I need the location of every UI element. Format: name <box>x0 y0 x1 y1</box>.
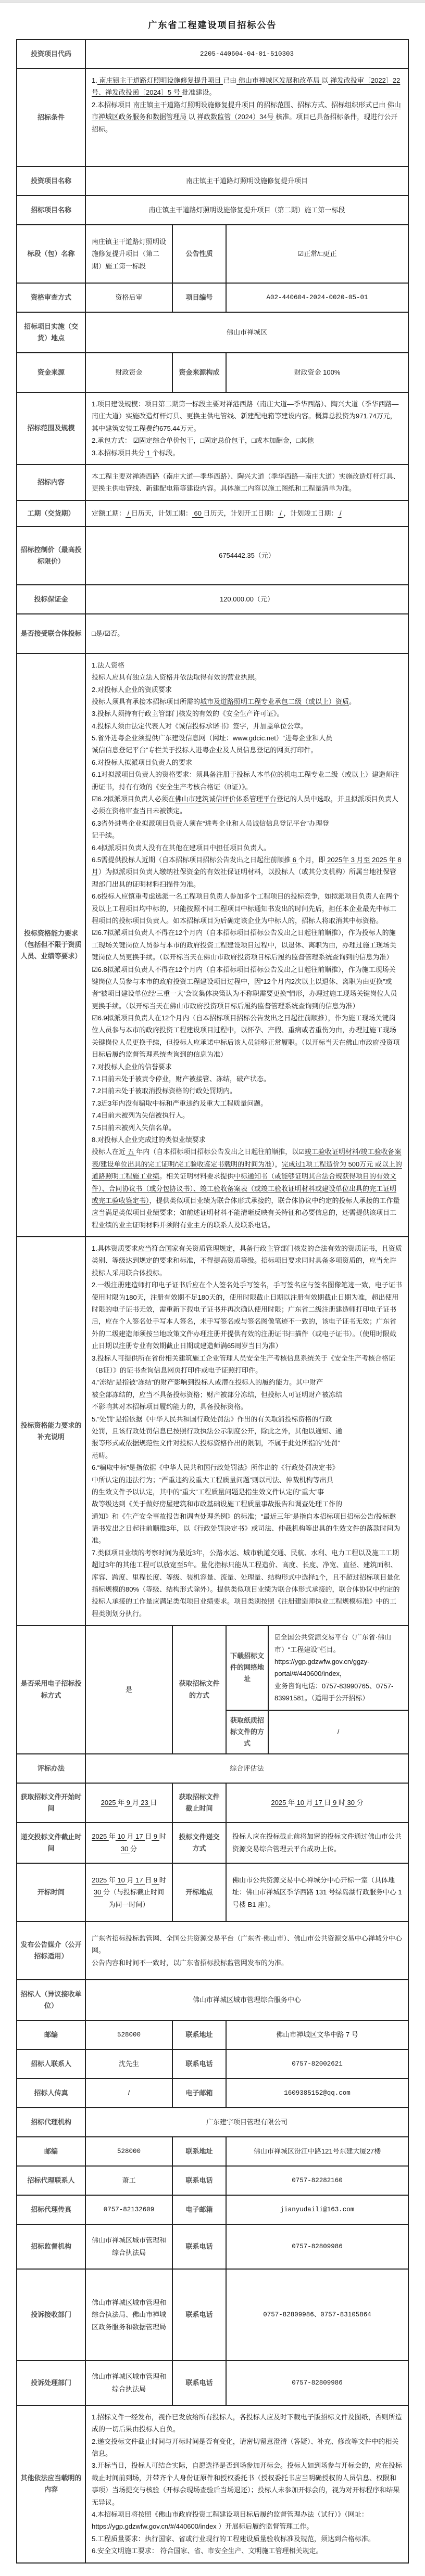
paragraph: 7.3近3年内没有骗取中标和严重违约及重大工程质量问题。 <box>92 1097 402 1109</box>
label-project-number: 项目编号 <box>172 283 226 312</box>
paragraph: 报等形式或依据规范性文件对投标人投标资格作出的限制，不属于此处所指的“处罚” <box>92 1437 402 1449</box>
value-agency: 广东建宇项目管理有限公司 <box>85 2108 408 2137</box>
paragraph: 公告内容和时间不一致时，以广东省招标投标监管网发布的为准。 <box>92 1957 402 1969</box>
label-tenderer-postcode: 邮编 <box>17 2020 85 2049</box>
paragraph: 4.本招标项目将按照《佛山市政府投资工程建设项目标后履约监督管理办法（试行）》（… <box>92 2508 402 2533</box>
paragraph: 处罚，且该行政处罚信息已按照行政执法公示制度公开，除此之外，其他以通知、通 <box>92 1425 402 1437</box>
value-investment-name: 南庄镇主干道路灯照明设施修复提升项目 <box>85 166 408 196</box>
value-agency-address: 佛山市禅城区汾江中路121号东建大厦27楼 <box>226 2137 408 2166</box>
value-e-bidding: 是 <box>85 1625 172 1754</box>
label-opening-place: 开标地点 <box>172 1863 226 1921</box>
paragraph: ☑6.7拟派项目负责人不得在12个月内（自本招标项目招标公告发出之日起往前顺推）… <box>92 927 402 963</box>
value-tenderer-fax: / <box>85 2079 172 2108</box>
paragraph: ☑全国公共资源交易平台（广东省·佛山市）“工程建设”栏目。 <box>274 1631 402 1656</box>
paragraph: 中所认定的违法行为；“严重违约及重大工程质量问题”则以司法、仲裁机构等出具 <box>92 1474 402 1486</box>
paragraph: 7.1目前未处于被责令停业，财产被接管、冻结，破产状态。 <box>92 1073 402 1085</box>
paragraph: 6.对投标人拟派项目负责人的要求 <box>92 757 402 768</box>
value-complaint-handling-phone: 0757-82809986 <box>226 2361 408 2405</box>
row-section-name: 标段（包）名称 南庄镇主干道路灯照明设施修复提升项目（第二期）施工第一标段 公告… <box>17 225 408 283</box>
label-conditions: 招标条件 <box>17 69 85 166</box>
paragraph: 广东省招标投标监管网、全国公共资源交易平台（广东省·佛山市）、佛山市公共资源交易… <box>92 1932 402 1957</box>
label-section-name: 标段（包）名称 <box>17 225 85 283</box>
paragraph: 6.3省外进粤企业拟派项目负责人须在“进粤企业和人员诚信信息登记平台”办理登 <box>92 817 402 829</box>
label-complaint-handling: 投诉处理部门 <box>17 2361 85 2405</box>
row-scope: 招标范围及规模 1.项目建设规模：项目第二期第一标段主要对禅港西路（南庄大道—季… <box>17 392 408 465</box>
label-agency: 招标代理机构 <box>17 2108 85 2137</box>
paragraph: 7.5目前未被列入失信名单。 <box>92 1122 402 1134</box>
label-agency-postcode: 邮编 <box>17 2137 85 2166</box>
label-download-url: 下载招标文件的网络地址 <box>226 1625 268 1710</box>
row-tenderer-fax: 招标人传真 / 电子邮箱 1609385152@qq.com <box>17 2079 408 2108</box>
tender-announcement-table: 投资项目代码 2205-440604-04-01-510303 招标条件 1. … <box>16 39 409 2564</box>
paragraph: 投标人在近 五 年内（自本招标项目招标公告发出之日起往前顺推，以☑竣工验收证明材… <box>92 1146 402 1231</box>
paragraph: 5.省外进粤企业须提供广东建设信息网（网址：www.gdcic.net）“进粤企… <box>92 732 402 744</box>
paragraph: 5.“处罚”是指依据《中华人民共和国行政处罚法》作出的有关取消投标资格的行政 <box>92 1413 402 1425</box>
label-duration: 工期（交货期） <box>17 501 85 527</box>
row-location: 招标项目实施（交货）地点 佛山市禅城区 <box>17 312 408 353</box>
value-tenderer-email: 1609385152@qq.com <box>226 2079 408 2108</box>
paragraph: 2025 年 10 月 17 日 9 时 30 分 <box>92 1830 166 1855</box>
row-duration: 工期（交货期） 定额工期： / 日历天，计划工期： 60 日历天，计划开工日期：… <box>17 501 408 527</box>
paragraph: 7.4目前未被列为失信被执行人。 <box>92 1109 402 1121</box>
label-location: 招标项目实施（交货）地点 <box>17 312 85 353</box>
value-doc-obtain-deadline: 2025 年 10 月 17 日 9 时 30 分 <box>226 1783 408 1823</box>
paragraph: 6.“骗取中标”是指依据《中华人民共和国行政处罚法》所作出的《行政处罚决定书》 <box>92 1462 402 1473</box>
paragraph: 不影响其对本招标项目履约能力的，具备投标资格。 <box>92 1401 402 1413</box>
value-consortium: □是/☑否。 <box>85 614 408 653</box>
value-complaint-handling: 佛山市禅城区城市管理和综合执法局 <box>85 2361 172 2405</box>
value-section-name: 南庄镇主干道路灯照明设施修复提升项目（第二期）施工第一标段 <box>85 225 172 283</box>
value-qualification-supplement: 1.具体资质要求应当符合国家有关资质管理规定，具备行政主管部门核发的合法有效的资… <box>85 1237 408 1625</box>
row-qualification-requirements: 投标资格能力要求（包括但不限于资质人员、业绩等要求） 1.法人资格投标人应具有独… <box>17 653 408 1237</box>
paragraph: 2.一级注册建造师打印电子证书后应在个人签名处手写签名，手写签名应与签名图像笔迹… <box>92 1279 402 1352</box>
label-submission-method: 投标文件递交方式 <box>172 1823 226 1863</box>
value-content: 本工程主要对禅港西路（南庄大道—季华西路）、陶兴大道（季华西路—南庄大道）实施改… <box>85 465 408 501</box>
paragraph: 定额工期： / 日历天，计划工期： 60 日历天，计划开工日期： / ，计划竣工… <box>92 507 402 519</box>
label-agency-phone: 联系电话 <box>172 2166 226 2195</box>
paragraph: 投标人须具有承接本招标项目所需的城市及道路照明工程专业承包二级（或以上）资质。 <box>92 696 402 708</box>
value-supervision-phone: 0757-82809986 <box>226 2224 408 2269</box>
row-project-code: 投资项目代码 2205-440604-04-01-510303 <box>17 40 408 69</box>
label-content: 招标内容 <box>17 465 85 501</box>
label-paper-doc-method: 获取纸质招标文件的方式 <box>226 1710 268 1754</box>
paragraph: 3.开标当日，投标人可结合实际，自愿选择是否到场参加开标会。投标人如到场参与开标… <box>92 2459 402 2508</box>
label-supervision-phone: 联系电话 <box>172 2224 226 2269</box>
paragraph: https://ygp.gdzwfw.gov.cn/ggzy-portal/#/… <box>274 1656 402 1680</box>
value-tenderer-contact: 沈先生 <box>85 2049 172 2079</box>
paragraph: 诚信信息登记平台”专栏关于投标人进粤企业及人员信息登记的网页打印件。 <box>92 744 402 756</box>
paragraph: 被全部冻结的，应当不具备投标资格；财产被部分冻结，但投标人可证明财产被冻结 <box>92 1389 402 1401</box>
paragraph: 2.对投标人企业的资质要求 <box>92 684 402 696</box>
value-qualification-requirements: 1.法人资格投标人应具有独立法人资格并依法取得有效的营业执照。2.对投标人企业的… <box>85 653 408 1237</box>
paragraph: 1.项目建设规模：项目第二期第一标段主要对禅港西路（南庄大道—季华西路）、陶兴大… <box>92 398 402 434</box>
label-tender-name: 招标项目名称 <box>17 196 85 225</box>
paragraph: 2.承包方式： ☑固定综合单价包干，□固定总价包干，□成本加酬金，□其他 <box>92 434 402 446</box>
value-project-code: 2205-440604-04-01-510303 <box>85 40 408 69</box>
paragraph: 1.招标文件一经发布，视作已发放给所有投标人，各投标人应及时下载电子版招标文件及… <box>92 2411 402 2436</box>
value-notice-nature: ☑正常/□更正 <box>226 225 408 283</box>
value-scope: 1.项目建设规模：项目第二期第一标段主要对禅港西路（南庄大道—季华西路）、陶兴大… <box>85 392 408 465</box>
page-title: 广东省工程建设项目招标公告 <box>0 18 425 31</box>
label-doc-obtain-start: 获取招标文件开始时间 <box>17 1783 85 1823</box>
row-funding: 资金来源 财政资金 资金来源构成 财政资金 100% <box>17 353 408 392</box>
label-supervision: 招标监督机构 <box>17 2224 85 2269</box>
row-agency-fax: 招标代理传真 0757-82132609 电子邮箱 jianyudaili@16… <box>17 2195 408 2224</box>
paragraph: ☑6.2拟派项目负责人必须在佛山市建筑诚信评价体系管理平台登记的人员中选取，并且… <box>92 793 402 817</box>
label-funding-composition: 资金来源构成 <box>172 353 226 392</box>
label-qualification-requirements: 投标资格能力要求（包括但不限于资质人员、业绩等要求） <box>17 653 85 1237</box>
row-submission-deadline: 递交投标文件截止时间 2025 年 10 月 17 日 9 时 30 分 投标文… <box>17 1823 408 1863</box>
paragraph: 4.投标人须由法定代表人对《诚信投标承诺书》签字，并加盖单位公章。 <box>92 720 402 732</box>
label-control-price: 招标控制价（最高投标限价） <box>17 527 85 585</box>
value-agency-contact: 萧工 <box>85 2166 172 2195</box>
label-opening-time: 开标时间 <box>17 1863 85 1921</box>
paragraph: 6.5需提供投标人近期（自本招标项目招标公告发出之日起往前顺推 6 个月，即 2… <box>92 854 402 890</box>
value-supervision: 佛山市禅城区城市管理和综合执法局 <box>85 2224 172 2269</box>
paragraph: ☑6.9拟派项目负责人在12个月内（自本招标项目招标公告发出之日起往前顺推），作… <box>92 1012 402 1061</box>
value-funding: 财政资金 <box>85 353 172 392</box>
label-scope: 招标范围及规模 <box>17 392 85 465</box>
row-announcement-media: 发布公告媒介（公开招标适用） 广东省招标投标监管网、全国公共资源交易平台（广东省… <box>17 1921 408 1980</box>
label-other-items: 其他依法应当载明的内容 <box>17 2405 85 2563</box>
paragraph: 本工程主要对禅港西路（南庄大道—季华西路）、陶兴大道（季华西路—南庄大道）实施改… <box>92 470 402 495</box>
label-bid-bond: 投标保证金 <box>17 585 85 614</box>
label-project-code: 投资项目代码 <box>17 40 85 69</box>
value-location: 佛山市禅城区 <box>85 312 408 353</box>
label-evaluation-method: 评标办法 <box>17 1754 85 1783</box>
label-tenderer: 招标人（异议接收单位） <box>17 1980 85 2020</box>
label-tenderer-address: 联系地址 <box>172 2020 226 2049</box>
paragraph: 的生效文件予以认定，其中的“重大”工程质量问题是指生效文件认定的“重大”事 <box>92 1486 402 1498</box>
value-agency-email: jianyudaili@163.com <box>226 2195 408 2224</box>
value-control-price: 6754442.35（元） <box>85 527 408 585</box>
row-tenderer-contact: 招标人联系人 沈先生 联系电话 0757-82002621 <box>17 2049 408 2079</box>
paragraph: 通知》和《生产安全事故报告和调查处理条例》的标准；“最近三年”是指自本招标项目招… <box>92 1510 402 1547</box>
value-evaluation-method: 综合评估法 <box>85 1754 408 1783</box>
paragraph: 3.本招标项目共分 1 个标段。 <box>92 447 402 459</box>
row-opening-time: 开标时间 2025 年 10 月 17 日 9 时 30 分（与投标截止时间为同… <box>17 1863 408 1921</box>
label-consortium: 是否接受联合体投标 <box>17 614 85 653</box>
paragraph: 6.6投标人应慎重考虑选派一名工程项目负责人参加多个工程项目的投标竞争，如拟派项… <box>92 890 402 927</box>
paragraph: 投标人应具有独立法人资格并依法取得有效的营业执照。 <box>92 671 402 683</box>
paragraph: 2025 年 10 月 17 日 9 时 30 分 <box>232 1797 402 1809</box>
paragraph: 1.具体资质要求应当符合国家有关资质管理规定，具备行政主管部门核发的合法有效的资… <box>92 1242 402 1279</box>
paragraph: 5.工程质量要求：执行国家、省或行业现行的工程建设质量验收标准及规范，须达到合格… <box>92 2533 402 2545</box>
row-qualification-review: 资格审查方式 资格后审 项目编号 A02-440604-2024-0020-05… <box>17 283 408 312</box>
row-content: 招标内容 本工程主要对禅港西路（南庄大道—季华西路）、陶兴大道（季华西路—南庄大… <box>17 465 408 501</box>
row-conditions: 招标条件 1. 南庄镇主干道路灯照明设施修复提升项目 已由 佛山市禅城区发展和改… <box>17 69 408 166</box>
paragraph: 6.1对拟派项目负责人的资格要求：须具备注册于投标人本单位的机电工程专业二级（或… <box>92 768 402 793</box>
paragraph: 业务咨询电话：0757-83990765、0757-83991581。（适用于公… <box>274 1680 402 1704</box>
paragraph: 7.2目前未处于被取消投标资格的行政处罚期内。 <box>92 1085 402 1097</box>
label-doc-obtain-method: 获取招标文件的方式 <box>172 1625 226 1754</box>
value-opening-time: 2025 年 10 月 17 日 9 时 30 分（与投标截止时间为同一时间） <box>85 1863 172 1921</box>
paragraph: 8.对投标人企业完成过的类似业绩要求 <box>92 1134 402 1146</box>
label-qualification-supplement: 投标资格能力要求的补充说明 <box>17 1237 85 1625</box>
value-other-items: 1.招标文件一经发布，视作已发放给所有投标人，各投标人应及时下载电子版招标文件及… <box>85 2405 408 2563</box>
label-tenderer-contact: 招标人联系人 <box>17 2049 85 2079</box>
value-agency-phone: 0757-82282160 <box>226 2166 408 2195</box>
row-investment-name: 投资项目名称 南庄镇主干道路灯照明设施修复提升项目 <box>17 166 408 196</box>
value-complaint-reception-phone: 0757-82809986、0757-83105864 <box>226 2269 408 2361</box>
paragraph: 4.“冻结”是指被“冻结”的财产影响到投标人或潜在投标人的履约能力。其中财产 <box>92 1376 402 1388</box>
row-consortium: 是否接受联合体投标 □是/☑否。 <box>17 614 408 653</box>
paragraph: 7.类似项目业绩的考察时间为最近3年，公路水运、城市轨道交通、民航、水利、电力工… <box>92 1547 402 1620</box>
paragraph: 记手续。 <box>92 829 402 841</box>
row-bid-bond: 投标保证金 120,000.00（元） <box>17 585 408 614</box>
value-submission-method: 投标人应在投标截止前将加密的投标文件通过佛山市公共资源交易综合管理云平台成功上传… <box>226 1823 408 1863</box>
value-qualification-review: 资格后审 <box>85 283 172 312</box>
paragraph: 范畴。 <box>92 1450 402 1462</box>
row-tenderer-postcode: 邮编 528000 联系地址 佛山市禅城区文华中路 7 号 <box>17 2020 408 2049</box>
label-submission-deadline: 递交投标文件截止时间 <box>17 1823 85 1863</box>
label-complaint-reception-phone: 联系电话 <box>172 2269 226 2361</box>
row-tender-name: 招标项目名称 南庄镇主干道路灯照明设施修复提升项目（第二期）施工第一标段 <box>17 196 408 225</box>
paragraph: ☑6.8拟派项目负责人不得在12个月内（自本招标项目招标公告发出之日起往前顺推）… <box>92 964 402 1013</box>
value-paper-doc-method: / <box>268 1710 408 1754</box>
row-e-bidding: 是否采用电子招标投标方式 是 获取招标文件的方式 下载招标文件的网络地址 ☑全国… <box>17 1625 408 1710</box>
label-funding: 资金来源 <box>17 353 85 392</box>
label-agency-email: 电子邮箱 <box>172 2195 226 2224</box>
value-bid-bond: 120,000.00（元） <box>85 585 408 614</box>
row-evaluation-method: 评标办法 综合评估法 <box>17 1754 408 1783</box>
row-tenderer: 招标人（异议接收单位） 佛山市禅城区城市管理综合服务中心 <box>17 1980 408 2020</box>
paragraph: 2025 年 9 月 23 日 <box>92 1797 166 1809</box>
label-complaint-handling-phone: 联系电话 <box>172 2361 226 2405</box>
label-tenderer-phone: 联系电话 <box>172 2049 226 2079</box>
row-control-price: 招标控制价（最高投标限价） 6754442.35（元） <box>17 527 408 585</box>
value-tender-name: 南庄镇主干道路灯照明设施修复提升项目（第二期）施工第一标段 <box>85 196 408 225</box>
paragraph: 7.对投标人企业的信誉要求 <box>92 1061 402 1073</box>
row-other-items: 其他依法应当载明的内容 1.招标文件一经发布，视作已发放给所有投标人，各投标人应… <box>17 2405 408 2563</box>
label-tenderer-fax: 招标人传真 <box>17 2079 85 2108</box>
value-funding-composition: 财政资金 100% <box>226 353 408 392</box>
page-top-divider <box>0 0 425 3</box>
label-tenderer-email: 电子邮箱 <box>172 2079 226 2108</box>
label-qualification-review: 资格审查方式 <box>17 283 85 312</box>
row-complaint-reception: 投诉接收部门 佛山市禅城区城市管理和综合执法局、佛山市禅城区政务服务和数据管理局… <box>17 2269 408 2361</box>
value-doc-obtain-start: 2025 年 9 月 23 日 <box>85 1783 172 1823</box>
label-agency-address: 联系地址 <box>172 2137 226 2166</box>
label-complaint-reception: 投诉接收部门 <box>17 2269 85 2361</box>
value-agency-fax: 0757-82132609 <box>85 2195 172 2224</box>
paragraph: 2.递交投标文件截止时间与开标时间是否有变化，请密切留意澄清（答疑）、补充、修改… <box>92 2436 402 2460</box>
value-tenderer-address: 佛山市禅城区文华中路 7 号 <box>226 2020 408 2049</box>
paragraph: 1.法人资格 <box>92 659 402 671</box>
row-agency: 招标代理机构 广东建宇项目管理有限公司 <box>17 2108 408 2137</box>
paragraph: 1. 南庄镇主干道路灯照明设施修复提升项目 已由 佛山市禅城区发展和改革局 以 … <box>92 74 402 99</box>
value-tenderer-phone: 0757-82002621 <box>226 2049 408 2079</box>
row-complaint-handling: 投诉处理部门 佛山市禅城区城市管理和综合执法局 联系电话 0757-828099… <box>17 2361 408 2405</box>
value-tenderer: 佛山市禅城区城市管理综合服务中心 <box>85 1980 408 2020</box>
paragraph: 6.4拟派项目负责人没有在其他在建项目中担任项目负责人。 <box>92 842 402 854</box>
value-download-url: ☑全国公共资源交易平台（广东省·佛山市）“工程建设”栏目。https://ygp… <box>268 1625 408 1710</box>
label-notice-nature: 公告性质 <box>172 225 226 283</box>
paragraph: 6.安全文明施工要求： 符合国家、省、市安全生产、文明施工管理相关规定。 <box>92 2545 402 2557</box>
label-doc-obtain-deadline: 获取招标文件截止时间 <box>172 1783 226 1823</box>
paragraph: 2.本招标项目 南庄镇主干道路灯照明设施修复提升项目 的招标范围、招标方式、招标… <box>92 99 402 135</box>
value-duration: 定额工期： / 日历天，计划工期： 60 日历天，计划开工日期： / ，计划竣工… <box>85 501 408 527</box>
value-conditions: 1. 南庄镇主干道路灯照明设施修复提升项目 已由 佛山市禅城区发展和改革局 以 … <box>85 69 408 166</box>
label-e-bidding: 是否采用电子招标投标方式 <box>17 1625 85 1754</box>
label-agency-fax: 招标代理传真 <box>17 2195 85 2224</box>
row-doc-obtain-time: 获取招标文件开始时间 2025 年 9 月 23 日 获取招标文件截止时间 20… <box>17 1783 408 1823</box>
value-submission-deadline: 2025 年 10 月 17 日 9 时 30 分 <box>85 1823 172 1863</box>
value-tenderer-postcode: 528000 <box>85 2020 172 2049</box>
value-complaint-reception: 佛山市禅城区城市管理和综合执法局、佛山市禅城区政务服务和数据管理局 <box>85 2269 172 2361</box>
label-announcement-media: 发布公告媒介（公开招标适用） <box>17 1921 85 1980</box>
label-agency-contact: 招标代理联系人 <box>17 2166 85 2195</box>
row-supervision: 招标监督机构 佛山市禅城区城市管理和综合执法局 联系电话 0757-828099… <box>17 2224 408 2269</box>
paragraph: 故等级达到《关于做好房屋建筑和市政基础设施工程质量事故报告和调查处理工作的 <box>92 1498 402 1510</box>
label-investment-name: 投资项目名称 <box>17 166 85 196</box>
paragraph: 3.投标人须持有行政主管部门核发的有效的《安全生产许可证》。 <box>92 708 402 720</box>
value-announcement-media: 广东省招标投标监管网、全国公共资源交易平台（广东省·佛山市）、佛山市公共资源交易… <box>85 1921 408 1980</box>
row-qualification-supplement: 投标资格能力要求的补充说明 1.具体资质要求应当符合国家有关资质管理规定，具备行… <box>17 1237 408 1625</box>
row-agency-postcode: 邮编 528000 联系地址 佛山市禅城区汾江中路121号东建大厦27楼 <box>17 2137 408 2166</box>
value-agency-postcode: 528000 <box>85 2137 172 2166</box>
row-agency-contact: 招标代理联系人 萧工 联系电话 0757-82282160 <box>17 2166 408 2195</box>
paragraph: 3.投标人可提供所在省份相关建筑施工企业管理人员安全生产考核信息系统关于《安全生… <box>92 1352 402 1377</box>
paragraph: 2025 年 10 月 17 日 9 时 30 分（与投标截止时间为同一时间） <box>92 1874 166 1911</box>
value-opening-place: 佛山市公共资源交易中心禅城分中心开标一室（具体地址：佛山市禅城区季华西路 131… <box>226 1863 408 1921</box>
value-project-number: A02-440604-2024-0020-05-01 <box>226 283 408 312</box>
